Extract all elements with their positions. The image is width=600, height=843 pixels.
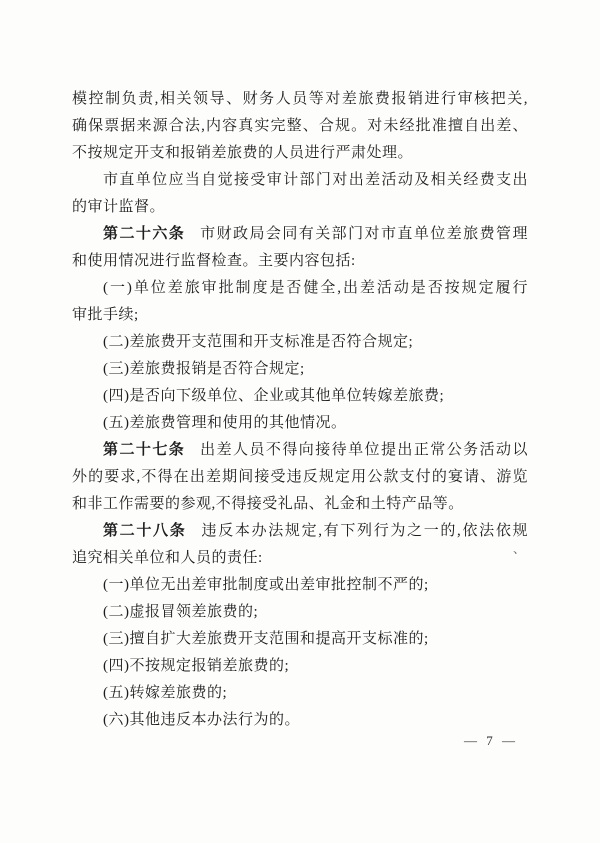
text-line: 的审计监督。 (72, 194, 528, 221)
text-line: 市直单位应当自觉接受审计部门对出差活动及相关经费支出 (72, 167, 528, 194)
text-line: (五)差旅费管理和使用的其他情况。 (72, 410, 528, 437)
text-line: 外的要求,不得在出差期间接受违反规定用公款支付的宴请、游览 (72, 464, 528, 491)
text-line: (四)不按规定报销差旅费的; (72, 653, 528, 680)
article-number: 第二十六条 (103, 226, 185, 242)
page-number: — 7 — (464, 731, 518, 751)
text-line: (二)差旅费开支范围和开支标准是否符合规定; (72, 329, 528, 356)
document-page: 模控制负责,相关领导、财务人员等对差旅费报销进行审核把关,确保票据来源合法,内容… (0, 0, 600, 843)
text-line: 和使用情况进行监督检查。主要内容包括: (72, 248, 528, 275)
text-line: 不按规定开支和报销差旅费的人员进行严肃处理。 (72, 140, 528, 167)
text-line: (六)其他违反本办法行为的。 (72, 707, 528, 734)
text-line: (二)虚报冒领差旅费的; (72, 599, 528, 626)
text-line: (一)单位无出差审批制度或出差审批控制不严的; (72, 572, 528, 599)
article-number: 第二十七条 (103, 442, 185, 458)
text-line: 追究相关单位和人员的责任: (72, 545, 528, 572)
text-line: 审批手续; (72, 302, 528, 329)
text-line: 确保票据来源合法,内容真实完整、合规。对未经批准擅自出差、 (72, 113, 528, 140)
text-line: (三)擅自扩大差旅费开支范围和提高开支标准的; (72, 626, 528, 653)
text-line: (五)转嫁差旅费的; (72, 680, 528, 707)
text-line: (四)是否向下级单位、企业或其他单位转嫁差旅费; (72, 383, 528, 410)
text-line: 和非工作需要的参观,不得接受礼品、礼金和土特产品等。 (72, 491, 528, 518)
scan-artifact-mark: 、 (513, 540, 525, 557)
article-heading-line: 第二十七条出差人员不得向接待单位提出正常公务活动以 (72, 437, 528, 464)
article-number: 第二十八条 (103, 523, 186, 539)
text-line: 模控制负责,相关领导、财务人员等对差旅费报销进行审核把关, (72, 86, 528, 113)
document-body: 模控制负责,相关领导、财务人员等对差旅费报销进行审核把关,确保票据来源合法,内容… (72, 86, 528, 734)
text-line: (三)差旅费报销是否符合规定; (72, 356, 528, 383)
article-heading-line: 第二十六条市财政局会同有关部门对市直单位差旅费管理 (72, 221, 528, 248)
text-line: (一)单位差旅审批制度是否健全,出差活动是否按规定履行 (72, 275, 528, 302)
article-heading-line: 第二十八条违反本办法规定,有下列行为之一的,依法依规 (72, 518, 528, 545)
